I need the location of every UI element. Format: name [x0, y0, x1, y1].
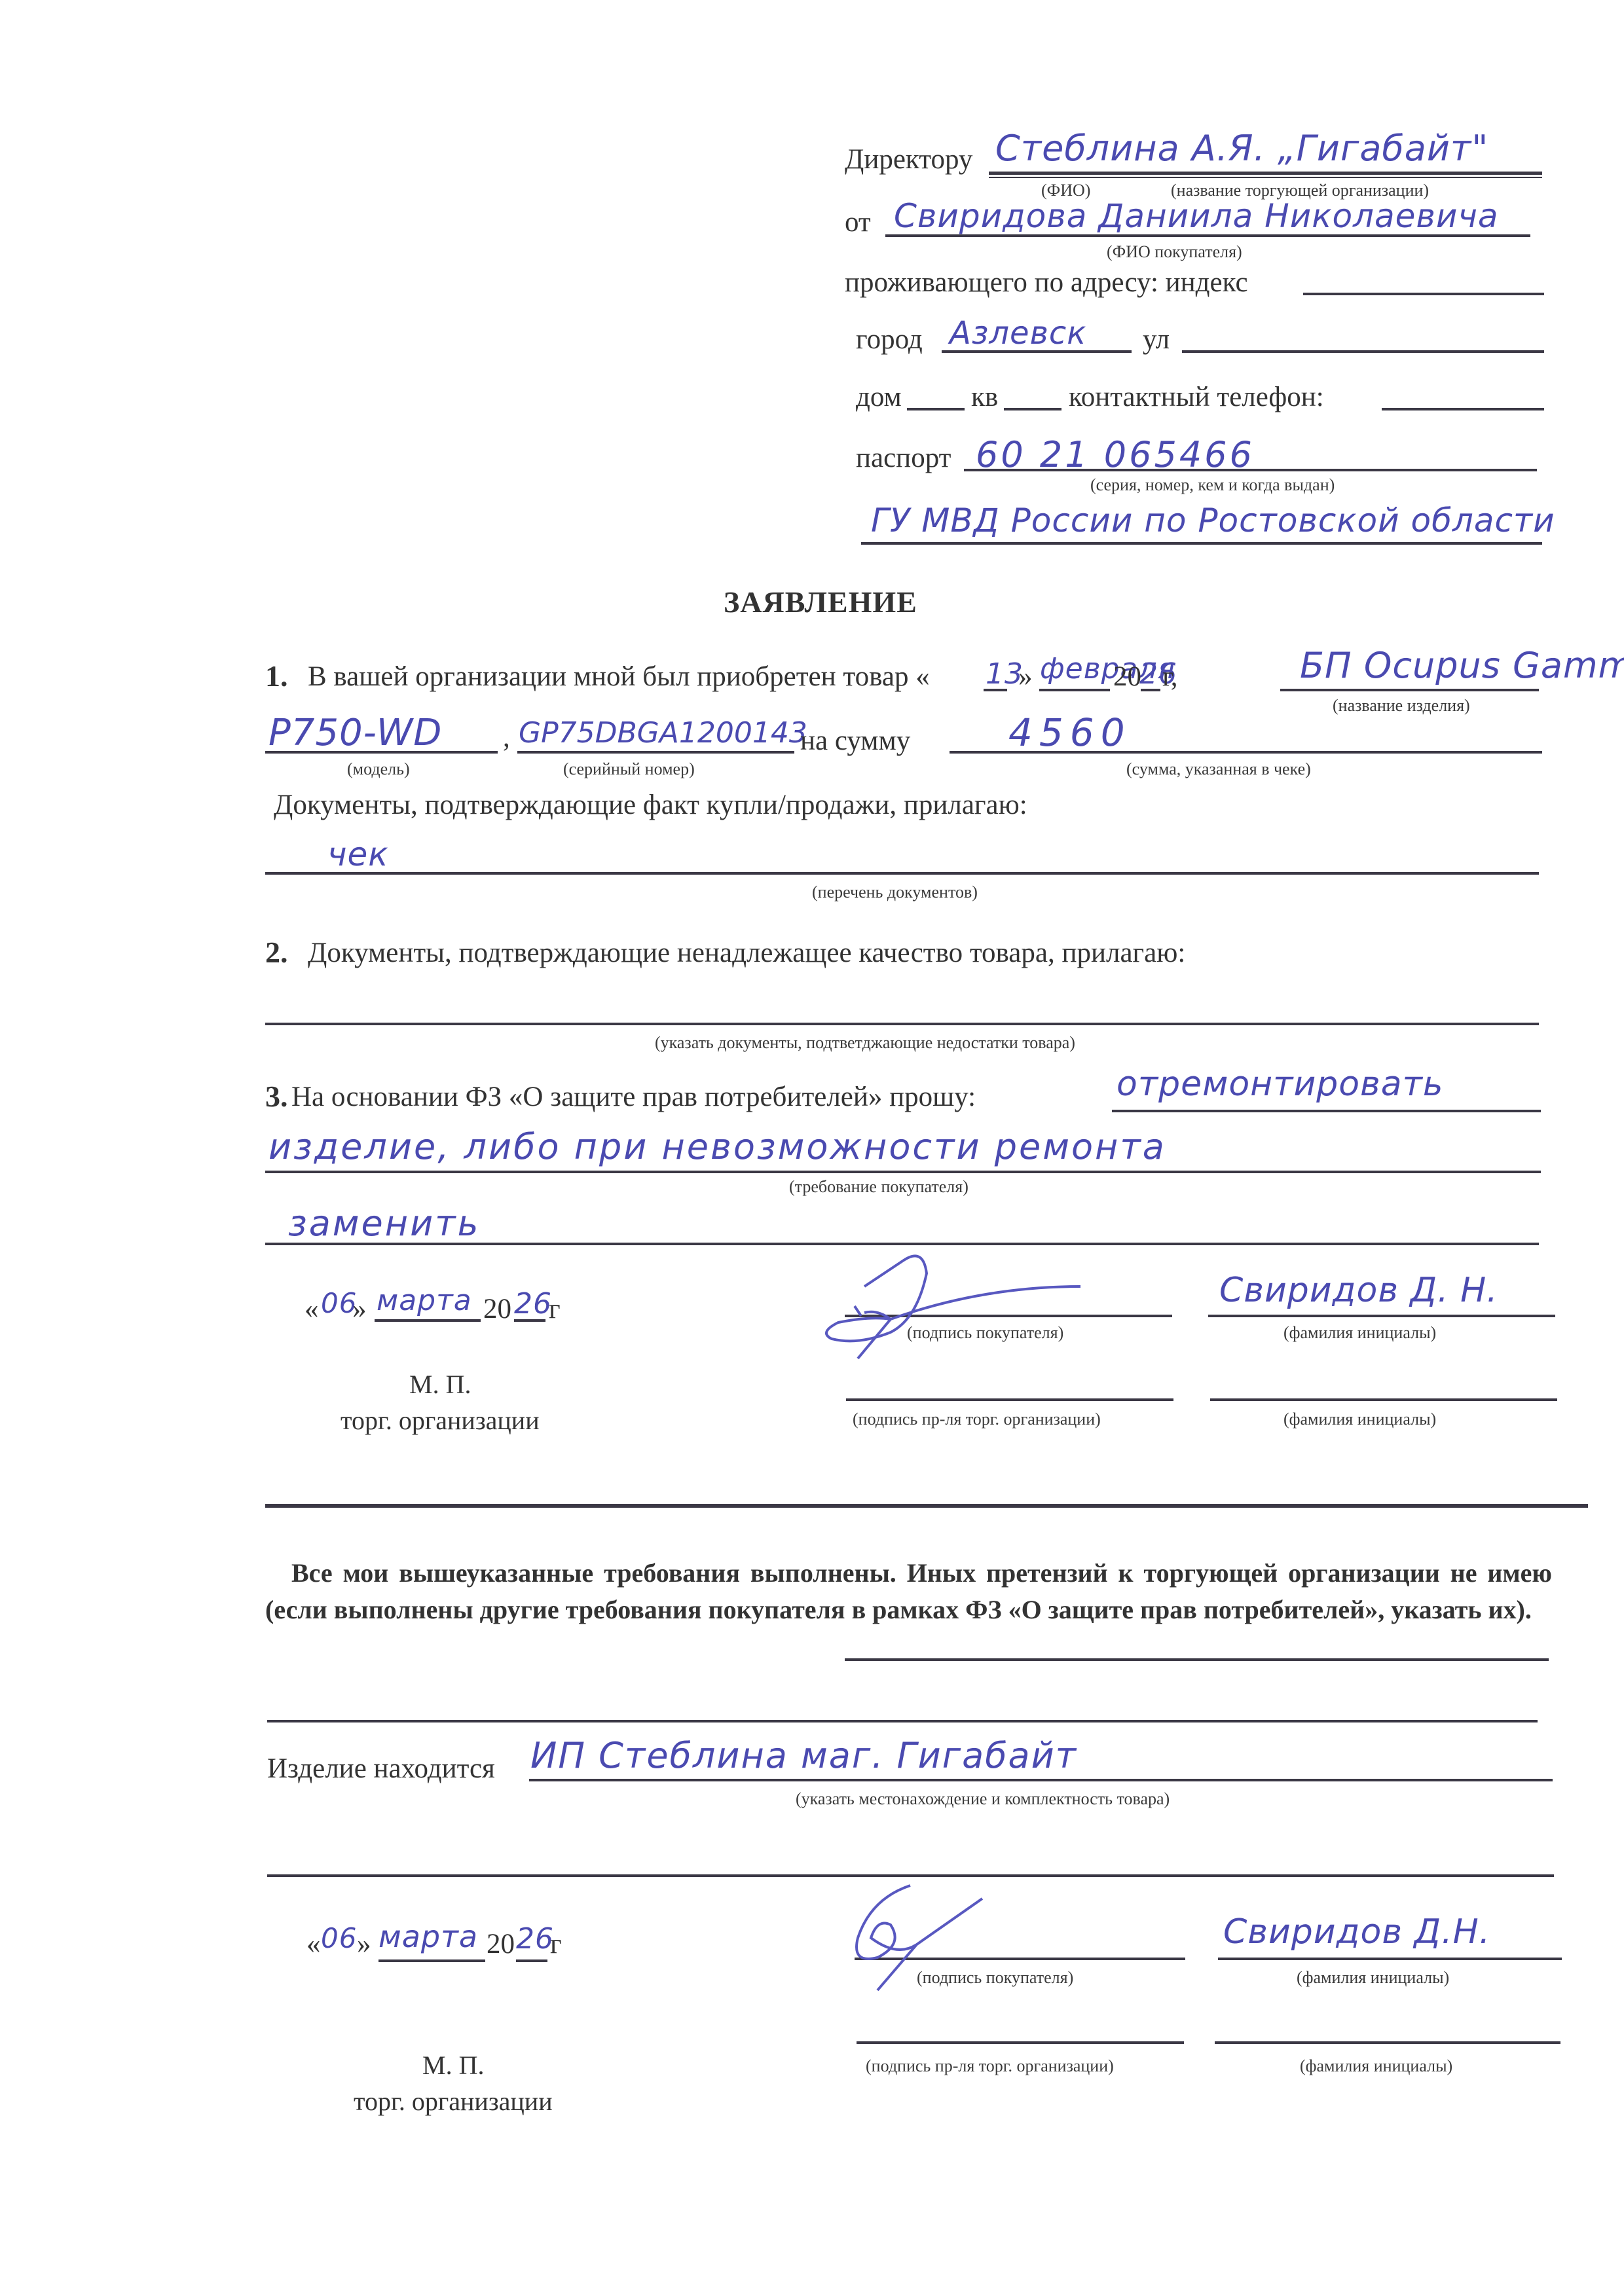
stamp-label-1: М. П. — [409, 1372, 471, 1398]
location-field-2[interactable] — [267, 1874, 1554, 1877]
year-prefix: 20 — [1113, 663, 1141, 691]
signoff-2-day-field[interactable]: 06 — [321, 1925, 357, 1952]
request-caption: (требование покупателя) — [789, 1178, 969, 1195]
location-label: Изделие находится — [267, 1755, 495, 1783]
year-g: г, — [1162, 663, 1178, 691]
house-label: дом — [856, 383, 902, 411]
org-signature-field-2[interactable] — [857, 2041, 1184, 2044]
docs-field[interactable]: чек — [327, 838, 389, 871]
city-label: город — [856, 325, 923, 354]
date-close: » — [352, 1295, 367, 1323]
other-requirements-field-1[interactable] — [845, 1658, 1549, 1661]
sum-caption: (сумма, указанная в чеке) — [1126, 761, 1311, 778]
signoff-2-month-field[interactable]: марта — [378, 1922, 478, 1952]
from-label: от — [845, 208, 871, 236]
request-line-2 — [265, 1171, 1541, 1173]
model-caption: (модель) — [347, 761, 410, 778]
signoff-2-year-field[interactable]: 26 — [516, 1925, 554, 1954]
signoff-2-year-line — [516, 1959, 547, 1962]
section-separator — [265, 1504, 1588, 1508]
from-caption: (ФИО покупателя) — [1107, 244, 1242, 261]
passport-issued-field[interactable]: ГУ МВД России по Ростовской области — [871, 504, 1555, 537]
sum-field[interactable]: 4560 — [1008, 714, 1132, 752]
city-field[interactable]: Азлевск — [950, 318, 1086, 349]
section-1-number: 1. — [265, 661, 288, 691]
section-3-number: 3. — [265, 1082, 288, 1112]
closing-statement: Все мои вышеуказанные требования выполне… — [265, 1555, 1552, 1628]
director-field-line-2 — [989, 177, 1542, 178]
buyer-signature-caption-2: (подпись покупателя) — [917, 1969, 1073, 1986]
signoff-1-year-prefix: 20 — [483, 1295, 511, 1323]
docs-caption: (перечень документов) — [812, 884, 978, 901]
model-serial-comma: , — [503, 723, 510, 752]
docs-line — [265, 872, 1539, 875]
index-field[interactable] — [1303, 293, 1544, 295]
phone-label: контактный телефон: — [1069, 383, 1324, 411]
org-name-field-1[interactable] — [1210, 1398, 1557, 1401]
apt-label: кв — [971, 383, 998, 411]
buyer-name-line-1 — [1208, 1315, 1555, 1317]
passport-field[interactable]: 60 21 065466 — [976, 437, 1255, 473]
location-field[interactable]: ИП Стеблина маг. Гигабайт — [530, 1738, 1077, 1774]
director-field[interactable]: Стеблина А.Я. „Гигабайт" — [995, 131, 1488, 166]
buyer-name-caption-2: (фамилия инициалы) — [1297, 1969, 1449, 1986]
stamp-caption-1: торг. организации — [341, 1408, 540, 1434]
passport-caption: (серия, номер, кем и когда выдан) — [1090, 477, 1335, 494]
request-field-line-2[interactable]: изделие, либо при невозможности ремонта — [268, 1129, 1166, 1165]
serial-caption: (серийный номер) — [563, 761, 695, 778]
passport-label: паспорт — [856, 444, 951, 472]
org-name-caption-1: (фамилия инициалы) — [1283, 1411, 1436, 1428]
buyer-name-caption-1: (фамилия инициалы) — [1283, 1324, 1436, 1341]
location-caption: (указать местонахождение и комплектность… — [796, 1791, 1170, 1808]
signoff-1-month-field[interactable]: марта — [377, 1286, 472, 1315]
signoff-1-year-field[interactable]: 26 — [514, 1290, 552, 1319]
apt-field[interactable] — [1004, 408, 1061, 410]
buyer-name-field-1[interactable]: Свиридов Д. Н. — [1219, 1273, 1498, 1307]
date-open: « — [304, 1295, 319, 1323]
org-name-caption-2: (фамилия инициалы) — [1300, 2058, 1452, 2075]
section-2-caption: (указать документы, подтветджающие недос… — [655, 1034, 1075, 1051]
org-signature-caption-1: (подпись пр-ля торг. организации) — [853, 1411, 1101, 1428]
stamp-caption-2: торг. организации — [354, 2088, 553, 2115]
model-field[interactable]: P750-WD — [268, 715, 442, 752]
section-2-number: 2. — [265, 938, 288, 968]
product-name-caption: (название изделия) — [1333, 697, 1470, 714]
product-name-line — [1280, 689, 1539, 691]
buyer-signature-caption-1: (подпись покупателя) — [907, 1324, 1063, 1341]
docs-label: Документы, подтверждающие факт купли/про… — [274, 791, 1027, 819]
request-field-line-3[interactable]: заменить — [288, 1206, 480, 1241]
section-3-text: На основании ФЗ «О защите прав потребите… — [291, 1083, 976, 1111]
director-field-line — [989, 172, 1542, 175]
signoff-2-month-line — [378, 1959, 485, 1962]
phone-field[interactable] — [1382, 408, 1544, 410]
signoff-2-year-prefix: 20 — [487, 1930, 515, 1958]
quote-close: » — [1018, 663, 1033, 691]
other-requirements-field-2[interactable] — [267, 1720, 1538, 1722]
signoff-2-year-g: г — [550, 1930, 562, 1958]
house-field[interactable] — [907, 408, 965, 410]
date-open-2: « — [306, 1930, 321, 1958]
date-close-2: » — [357, 1930, 371, 1958]
sum-label: на сумму — [800, 727, 910, 755]
org-signature-caption-2: (подпись пр-ля торг. организации) — [866, 2058, 1114, 2075]
passport-issued-line — [861, 542, 1542, 545]
signoff-1-year-g: г — [549, 1295, 561, 1323]
address-label: проживающего по адресу: индекс — [845, 268, 1248, 297]
org-name-field-2[interactable] — [1215, 2041, 1560, 2044]
org-signature-field-1[interactable] — [846, 1398, 1173, 1401]
request-field-line-1[interactable]: отремонтировать — [1116, 1067, 1444, 1101]
buyer-signature-1[interactable] — [819, 1247, 1133, 1362]
street-field[interactable] — [1182, 350, 1544, 353]
serial-line — [517, 751, 794, 754]
page-title: ЗАЯВЛЕНИЕ — [724, 587, 917, 617]
request-line-1 — [1112, 1110, 1541, 1112]
location-line — [529, 1779, 1553, 1781]
section-2-field[interactable] — [265, 1023, 1539, 1025]
stamp-label-2: М. П. — [422, 2052, 484, 2079]
serial-field[interactable]: GP75DBGA1200143 — [519, 719, 807, 748]
section-1-text: В вашей организации мной был приобретен … — [308, 663, 930, 691]
buyer-name-line-2 — [1218, 1958, 1562, 1960]
street-label: ул — [1143, 325, 1170, 354]
section-2-text: Документы, подтверждающие ненадлежащее к… — [308, 939, 1185, 967]
buyer-name-field-2[interactable]: Свиридов Д.Н. — [1223, 1915, 1490, 1949]
from-field[interactable]: Свиридова Даниила Николаевича — [894, 200, 1499, 232]
closing-statement-text: Все мои вышеуказанные требования выполне… — [265, 1555, 1552, 1628]
director-label: Директору — [845, 145, 972, 173]
signoff-1-month-line — [375, 1319, 481, 1322]
product-name-field[interactable]: БП Ocupus Gamma — [1300, 648, 1624, 683]
purchase-month-line — [1039, 689, 1110, 691]
